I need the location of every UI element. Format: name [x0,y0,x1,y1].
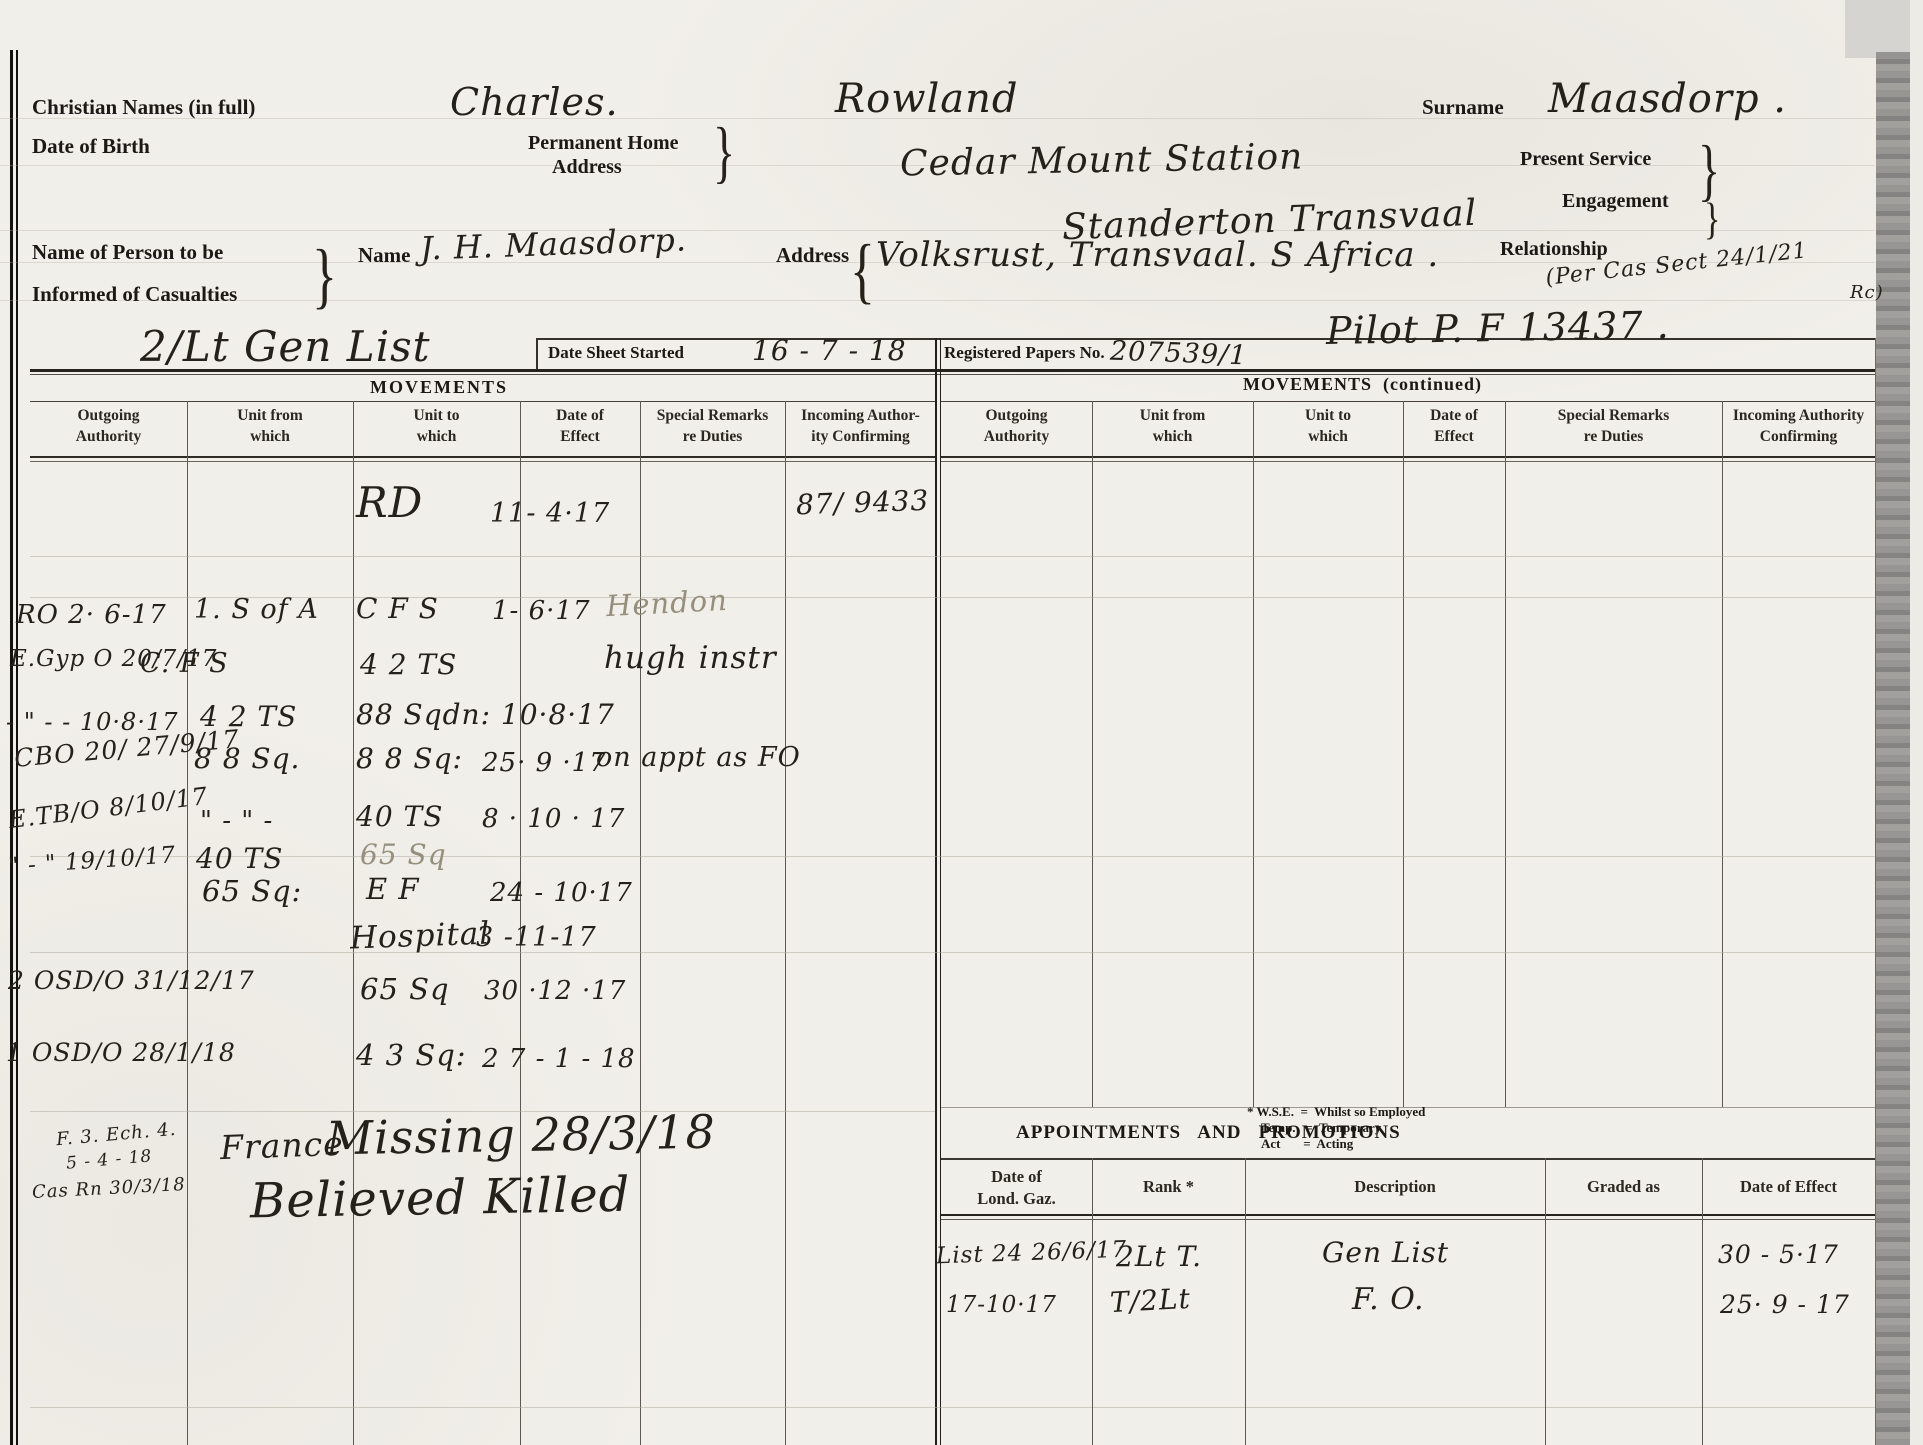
pilot-number-note: Pilot P. F 13437 . [1326,303,1670,353]
center-divider-inner [940,338,942,1445]
informed-name-label: Name [358,243,410,268]
col-date-lond-gaz: Date of Lond. Gaz. [941,1166,1092,1211]
movement-entry: 8 8 Sq: [356,742,463,775]
movement-entry: 1- 6·17 [492,596,590,626]
grid-line [640,401,641,1445]
table-right-edge [1875,338,1876,1445]
col-outgoing-authority: Outgoing Authority [30,406,187,448]
col-unit-from: Unit from which [187,406,353,448]
permanent-home-address-label: Address [552,156,622,179]
present-service-label: Present Service [1520,148,1651,171]
col-graded-as: Graded as [1545,1176,1702,1198]
movement-entry: 65 Sq [360,972,450,1006]
header-bottom-line [30,456,936,458]
movement-entry: Hospital [349,916,490,957]
movement-entry: 30 ·12 ·17 [484,976,626,1006]
grid-line [1092,401,1093,1107]
grid-line [1092,1158,1093,1445]
informed-address-value: Volksrust, Transvaal. S Africa . [876,235,1439,275]
movement-entry: RO 2· 6-17 [16,600,167,630]
casualty-authority-note-1: F. 3. Ech. 4. [55,1119,177,1150]
ruled-line [30,952,1875,953]
movement-entry: on appt as FO [596,742,801,773]
col-incoming-authority: Incoming Author- ity Confirming [785,406,936,448]
casualty-event: Missing 28/3/18 [326,1105,717,1166]
appointment-entry: 2Lt T. [1116,1240,1202,1273]
movement-entry: 8 8 Sq. [194,742,300,775]
casualty-event-2: Believed Killed [250,1167,631,1230]
grid-line [785,401,786,1445]
scan-right-margin [1910,0,1923,1445]
appointment-entry: 25· 9 - 17 [1720,1290,1850,1319]
permanent-home-label: Permanent Home [528,132,679,155]
col-description: Description [1245,1176,1545,1198]
movements-continued-header-top-line [941,401,1875,402]
movements-title: MOVEMENTS [370,377,508,398]
rank-note: 2/Lt Gen List [140,322,431,371]
date-sheet-started-label: Date Sheet Started [548,343,684,363]
ruled-line [0,300,1875,301]
col-rank: Rank * [1092,1176,1245,1198]
grid-line [187,401,188,1445]
appointment-entry: List 24 26/6/17 [936,1237,1128,1270]
movement-entry: RD [356,478,423,527]
scan-left-border-outer [10,50,13,1445]
ruled-line [30,556,1875,557]
date-of-birth-label: Date of Birth [32,134,150,159]
engagement-label: Engagement [1562,190,1669,213]
movement-entry: C. F S [140,648,229,679]
service-record-sheet: Christian Names (in full) Charles. Rowla… [0,0,1923,1445]
engagement-brace: } [1704,196,1720,245]
header-bottom-line-thin-2 [941,461,1875,462]
scan-edge-band [1876,52,1910,1445]
appointment-entry: Gen List [1322,1236,1449,1269]
col-unit-from-2: Unit from which [1092,406,1253,448]
section-divider-line-thin [30,374,1875,375]
informed-label-line2: Informed of Casualties [32,282,237,307]
movement-entry: E.TB/O 8/10/17 [7,782,210,834]
section-divider-line [30,369,1875,372]
movement-entry: 24 - 10·17 [490,878,633,908]
relationship-note-2: Rc) [1850,282,1884,303]
appointments-title: APPOINTMENTS AND PROMOTIONS [1016,1122,1401,1144]
registered-papers-value: 207539/1 [1110,336,1248,372]
grid-line [1403,401,1404,1107]
movement-entry: Hendon [605,583,728,623]
col-date-of-effect-2: Date of Effect [1403,406,1505,448]
informed-name-value: J. H. Maasdorp. [419,220,687,267]
grid-line [1545,1158,1546,1445]
appointment-entry: 30 - 5·17 [1718,1240,1839,1269]
ruled-line [30,856,1875,857]
informed-label-line1: Name of Person to be [32,240,223,265]
date-box-left-line [536,338,538,371]
movement-entry: 3 -11-17 [476,922,597,953]
header-bottom-line-thin [30,461,936,462]
informed-brace: } [312,235,337,318]
movement-entry: " - " - [200,806,273,836]
center-divider-outer [935,338,937,1445]
first-name-value: Charles. [450,80,619,124]
movement-entry: 65 Sq: [202,874,302,908]
header-bottom-line-2 [941,456,1875,458]
col-date-of-effect-appt: Date of Effect [1702,1176,1875,1198]
appointment-entry: 17-10·17 [946,1292,1057,1318]
appointment-entry: F. O. [1352,1282,1425,1317]
christian-names-label: Christian Names (in full) [32,95,255,120]
col-date-of-effect: Date of Effect [520,406,640,448]
col-special-remarks: Special Remarks re Duties [640,406,785,448]
informed-address-brace: { [850,230,875,313]
movements-continued-title: MOVEMENTS (continued) [1243,374,1482,395]
grid-line [1505,401,1506,1107]
col-unit-to-2: Unit to which [1253,406,1403,448]
movement-entry: 65 Sq [360,838,447,871]
ruled-line [30,1407,1875,1408]
movement-entry: 1. S of A [194,594,319,625]
relationship-label: Relationship [1500,238,1608,261]
appointments-header-top-line [941,1158,1875,1160]
casualty-authority-note-2: 5 - 4 - 18 [65,1146,153,1173]
grid-line [1245,1158,1246,1445]
movement-entry: 25· 9 ·17 [482,748,607,778]
movement-entry: 8 · 10 · 17 [482,804,625,834]
col-outgoing-authority-2: Outgoing Authority [941,406,1092,448]
appointments-header-bottom-line [941,1214,1875,1216]
movement-entry: 87/ 9433 [795,484,929,522]
movement-entry: " - " 19/10/17 [7,842,177,880]
movement-entry: 1 OSD/O 28/1/18 [6,1038,236,1067]
col-special-remarks-2: Special Remarks re Duties [1505,406,1722,448]
movement-entry: 88 Sqdn: 10·8·17 [356,698,615,731]
movement-entry: 11- 4·17 [490,498,610,529]
permanent-home-brace: } [713,112,735,192]
movement-entry: hugh instr [604,640,777,676]
movement-entry: E F [366,872,420,906]
movement-entry: 4 3 Sq: [356,1038,467,1072]
grid-line [1702,1158,1703,1445]
home-address-line1: Cedar Mount Station [900,136,1304,184]
middle-name-value: Rowland [835,76,1018,122]
date-sheet-started-value: 16 - 7 - 18 [752,334,907,367]
movement-entry: 40 TS [196,842,283,875]
ruled-line [0,230,1875,231]
surname-label: Surname [1422,95,1504,120]
movement-entry: 2 7 - 1 - 18 [482,1044,636,1074]
col-unit-to: Unit to which [353,406,520,448]
movements-header-top-line [30,401,936,402]
movement-entry: 2 OSD/O 31/12/17 [8,966,255,995]
grid-line [1722,401,1723,1107]
legend-wse: * W.S.E. = Whilst so Employed [1247,1104,1425,1120]
movement-entry: C F S [356,592,439,625]
surname-value: Maasdorp . [1548,76,1787,122]
informed-address-label: Address [776,243,849,268]
col-incoming-authority-2: Incoming Authority Confirming [1722,406,1875,448]
appointment-entry: T/2Lt [1109,1282,1191,1319]
casualty-authority-note-3: Cas Rn 30/3/18 [32,1174,187,1203]
registered-papers-label: Registered Papers No. [944,343,1105,363]
movement-entry: 4 2 TS [360,648,457,681]
movement-entry: 40 TS [356,800,443,833]
appointments-header-bottom-line-thin [941,1219,1875,1220]
grid-line [1253,401,1254,1107]
